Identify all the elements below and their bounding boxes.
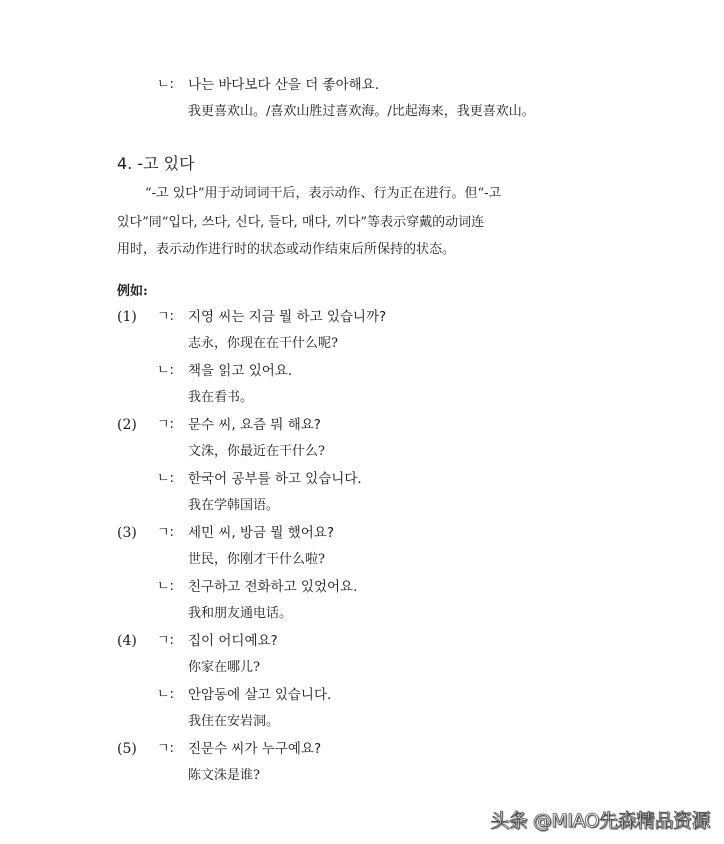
- chinese-answer: 我在看书。: [188, 389, 253, 407]
- korean-question: 지영 씨는 지금 뭘 하고 있습니까?: [188, 308, 386, 326]
- korean-answer: 안암동에 살고 있습니다.: [188, 686, 331, 704]
- question-marker: ㄱ:: [157, 416, 174, 434]
- chinese-question: 你家在哪儿?: [188, 659, 260, 677]
- paragraph-line-1: “-고 있다”用于动词词干后，表示动作、行为正在进行。但“-고: [145, 185, 501, 203]
- example-number: (4): [117, 632, 137, 650]
- examples-label: 例如:: [117, 283, 148, 301]
- korean-sentence: 나는 바다보다 산을 더 좋아해요.: [188, 76, 379, 94]
- answer-marker: ㄴ:: [157, 686, 174, 704]
- chinese-question: 陈文洙是谁?: [188, 767, 260, 785]
- chinese-answer: 我住在安岩洞。: [188, 713, 279, 731]
- question-marker: ㄱ:: [157, 308, 174, 326]
- answer-marker: ㄴ:: [157, 578, 174, 596]
- chinese-question: 志永，你现在在干什么呢?: [188, 335, 338, 353]
- answer-marker: ㄴ:: [157, 362, 174, 380]
- example-number: (5): [117, 740, 137, 758]
- paragraph-line-3: 用时，表示动作进行时的状态或动作结束后所保持的状态。: [117, 241, 455, 259]
- question-marker: ㄱ:: [157, 632, 174, 650]
- answer-marker: ㄴ:: [157, 76, 174, 94]
- watermark: 头条 @MIAO先森精品资源: [490, 806, 710, 833]
- question-marker: ㄱ:: [157, 740, 174, 758]
- korean-answer: 친구하고 전화하고 있었어요.: [188, 578, 357, 596]
- korean-question: 집이 어디예요?: [188, 632, 278, 650]
- korean-question: 세민 씨, 방금 뭘 했어요?: [188, 524, 334, 542]
- chinese-question: 世民，你刚才干什么啦?: [188, 551, 325, 569]
- chinese-answer: 我在学韩国语。: [188, 497, 279, 515]
- answer-marker: ㄴ:: [157, 470, 174, 488]
- example-number: (1): [117, 308, 137, 326]
- example-number: (2): [117, 416, 137, 434]
- chinese-answer: 我和朋友通电话。: [188, 605, 292, 623]
- korean-answer: 한국어 공부를 하고 있습니다.: [188, 470, 362, 488]
- korean-answer: 책을 읽고 있어요.: [188, 362, 292, 380]
- question-marker: ㄱ:: [157, 524, 174, 542]
- korean-question: 문수 씨, 요즘 뭐 해요?: [188, 416, 321, 434]
- section-heading: 4. -고 있다: [117, 155, 195, 173]
- chinese-question: 文洙，你最近在干什么?: [188, 443, 325, 461]
- paragraph-line-2: 있다”同“입다, 쓰다, 신다, 들다, 매다, 끼다”等表示穿戴的动词连: [117, 214, 484, 232]
- example-number: (3): [117, 524, 137, 542]
- korean-question: 진문수 씨가 누구예요?: [188, 740, 321, 758]
- chinese-translation: 我更喜欢山。/喜欢山胜过喜欢海。/比起海来，我更喜欢山。: [188, 103, 535, 121]
